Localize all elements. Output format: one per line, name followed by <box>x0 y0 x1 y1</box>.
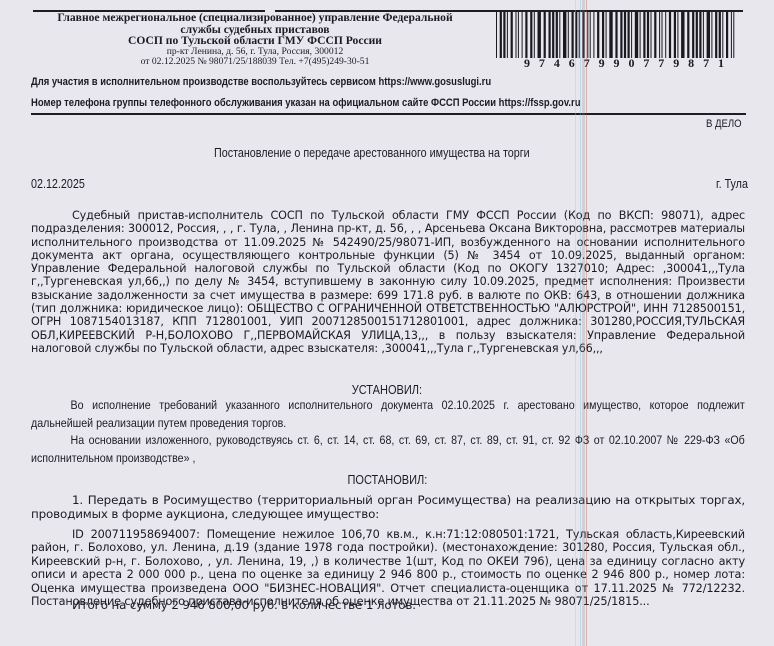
scan-artifact <box>582 0 585 646</box>
barcode-digit: 8 <box>688 56 694 71</box>
resolved-heading-text: ПОСТАНОВИЛ: <box>347 472 427 487</box>
scan-artifact <box>580 0 581 646</box>
property-item: ID 200711958694007: Помещение нежилое 10… <box>31 528 745 608</box>
established-paragraph-1: Во исполнение требований указанного испо… <box>31 397 745 432</box>
barcode-digit: 9 <box>524 56 530 71</box>
total-line: Итого на сумму 2 946 800,00 руб. в колич… <box>31 599 745 612</box>
barcode-digit: 4 <box>554 56 560 71</box>
barcode-digit: 7 <box>539 56 545 71</box>
barcode-number: 97467990779871 <box>494 56 738 71</box>
established-paragraph-2: На основании изложенного, руководствуясь… <box>31 432 745 467</box>
barcode-digit: 6 <box>569 56 575 71</box>
established-p2-text: На основании изложенного, руководствуясь… <box>31 433 745 465</box>
property-item-text: ID 200711958694007: Помещение нежилое 10… <box>31 528 745 608</box>
org-line-1: Главное межрегиональное (специализирован… <box>30 12 480 24</box>
barcode-digit: 0 <box>628 56 634 71</box>
scanned-document: Главное межрегиональное (специализирован… <box>0 0 774 646</box>
stamp-v-delo: В ДЕЛО <box>706 118 742 130</box>
established-heading-text: УСТАНОВИЛ: <box>352 382 422 397</box>
intro-paragraph: Судебный пристав-исполнитель СОСП по Тул… <box>31 209 745 355</box>
phone-note: Номер телефона группы телефонного обслуж… <box>31 97 580 109</box>
org-line-3: СОСП по Тульской области ГМУ ФССП России <box>30 35 480 47</box>
scan-artifact <box>586 0 587 646</box>
established-heading: УСТАНОВИЛ: <box>0 382 774 397</box>
barcode-digit: 9 <box>614 56 620 71</box>
document-date: 02.12.2025 <box>31 176 85 191</box>
document-title: Постановление о передаче арестованного и… <box>214 145 530 160</box>
barcode-digit: 9 <box>599 56 605 71</box>
intro-text: Судебный пристав-исполнитель СОСП по Тул… <box>31 209 745 355</box>
barcode-digit: 7 <box>658 56 664 71</box>
total-text: Итого на сумму 2 946 800,00 руб. в колич… <box>72 598 416 612</box>
gosuslugi-note: Для участия в исполнительном производств… <box>31 76 491 88</box>
org-header: Главное межрегиональное (специализирован… <box>30 12 480 68</box>
scan-artifact <box>575 0 576 646</box>
document-city: г. Тула <box>716 176 748 191</box>
resolved-heading: ПОСТАНОВИЛ: <box>0 472 774 487</box>
resolved-p1-text: 1. Передать в Росимущество (территориаль… <box>31 493 745 521</box>
barcode-digit: 9 <box>673 56 679 71</box>
barcode-digit: 1 <box>718 56 724 71</box>
barcode-digit: 7 <box>703 56 709 71</box>
org-reference: от 02.12.2025 № 98071/25/188039 Тел. +7(… <box>30 57 480 68</box>
notes-rule <box>31 113 746 115</box>
established-p1-text: Во исполнение требований указанного испо… <box>31 398 745 430</box>
barcode-digit: 7 <box>643 56 649 71</box>
barcode-icon <box>494 12 738 58</box>
resolved-paragraph-1: 1. Передать в Росимущество (территориаль… <box>31 494 745 521</box>
